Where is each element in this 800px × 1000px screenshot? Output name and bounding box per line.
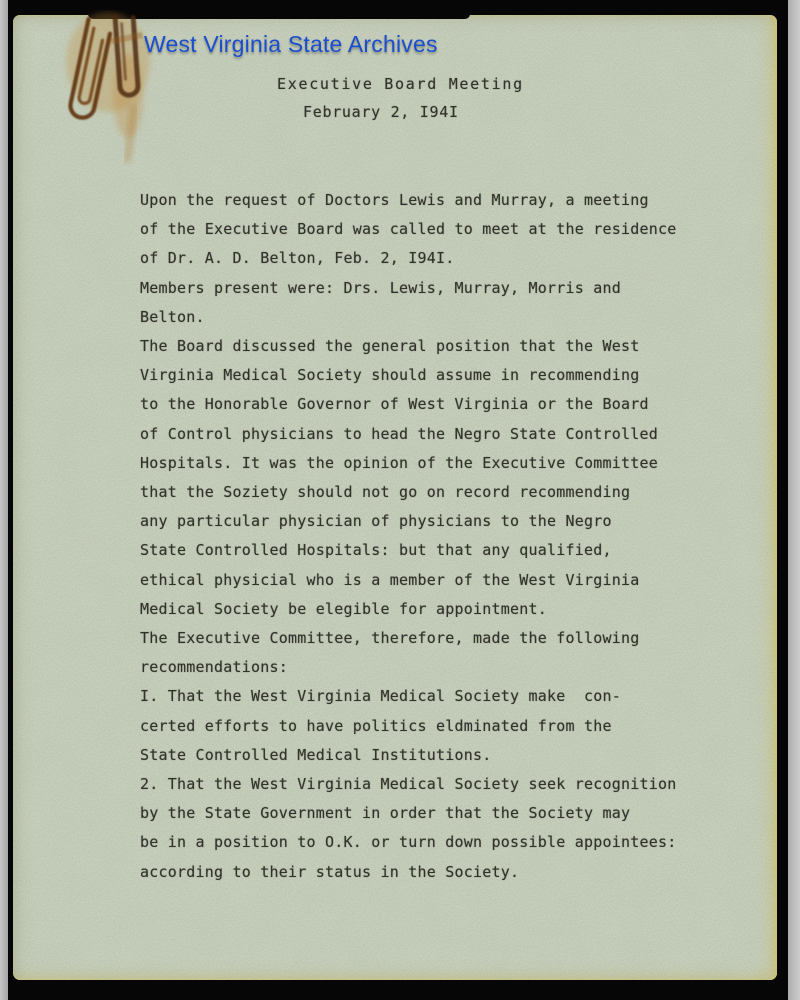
typed-line: of Control physicians to head the Negro … [140,420,677,449]
typed-line: ethical physicial who is a member of the… [140,566,677,595]
typed-line: according to their status in the Society… [140,858,677,887]
typed-line: State Controlled Hospitals: but that any… [140,536,677,565]
typed-line: of Dr. A. D. Belton, Feb. 2, I94I. [140,244,677,273]
typed-line: Belton. [140,303,677,332]
typed-line: to the Honorable Governor of West Virgin… [140,390,677,419]
typed-line: Medical Society be elegible for appointm… [140,595,677,624]
typed-line: be in a position to O.K. or turn down po… [140,828,677,857]
typed-line: Upon the request of Doctors Lewis and Mu… [140,186,677,215]
page-text-layer: West Virginia State Archives Executive B… [0,0,800,1000]
archives-watermark: West Virginia State Archives [144,31,438,58]
typed-line: certed efforts to have politics eldminat… [140,712,677,741]
typed-lines: Upon the request of Doctors Lewis and Mu… [140,186,677,887]
typed-line: I. That the West Virginia Medical Societ… [140,682,677,711]
typed-line: Hospitals. It was the opinion of the Exe… [140,449,677,478]
meeting-title: Executive Board Meeting [277,75,524,93]
typed-line: any particular physician of physicians t… [140,507,677,536]
typed-line: recommendations: [140,653,677,682]
typed-line: 2. That the West Virginia Medical Societ… [140,770,677,799]
typed-line: The Board discussed the general position… [140,332,677,361]
meeting-date: February 2, I94I [303,103,459,121]
typed-line: of the Executive Board was called to mee… [140,215,677,244]
typed-line: that the Soziety should not go on record… [140,478,677,507]
typed-line: by the State Government in order that th… [140,799,677,828]
typed-line: The Executive Committee, therefore, made… [140,624,677,653]
typed-line: State Controlled Medical Institutions. [140,741,677,770]
typed-line: Members present were: Drs. Lewis, Murray… [140,274,677,303]
typed-line: Virginia Medical Society should assume i… [140,361,677,390]
